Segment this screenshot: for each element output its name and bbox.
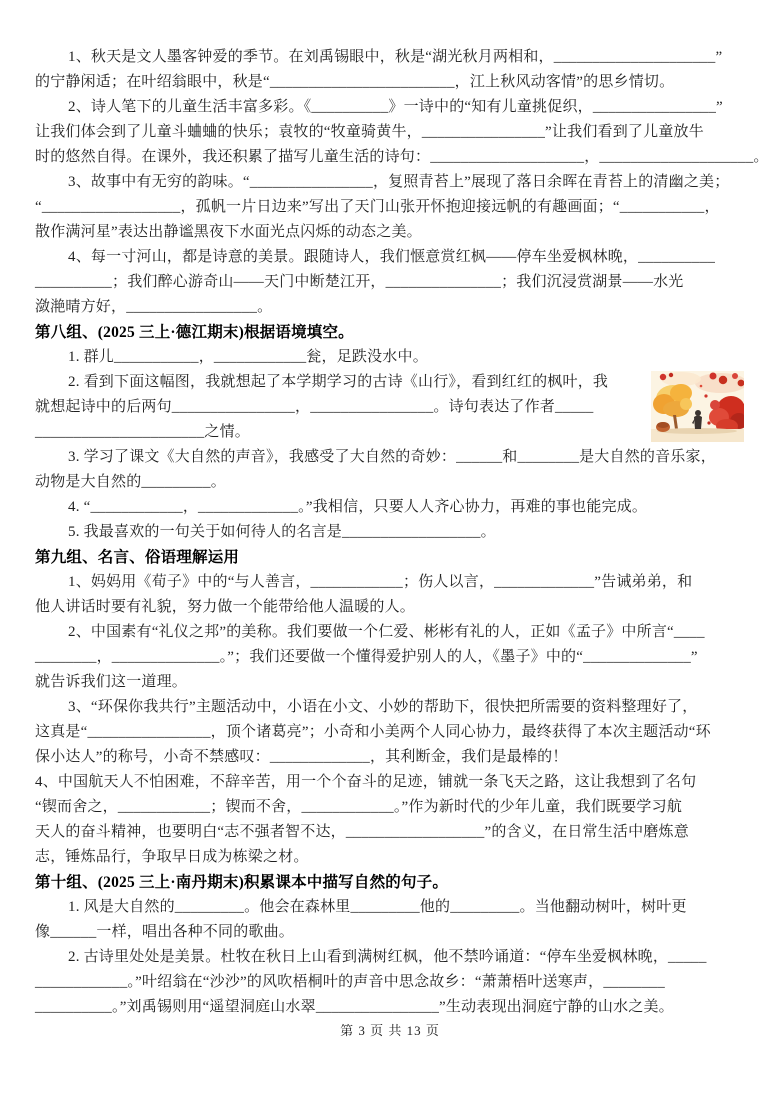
section-header-line: 第九组、名言、俗语理解运用 xyxy=(35,545,747,570)
text-line: 3. 学习了课文《大自然的声音》，我感受了大自然的奇妙：______和_____… xyxy=(35,445,747,470)
text-line: __________；我们醉心游奇山——天门中断楚江开，____________… xyxy=(35,270,747,295)
text-line: 他人讲话时要有礼貌，努力做一个能带给他人温暖的人。 xyxy=(35,595,747,620)
text-line: 2. 古诗里处处是美景。杜牧在秋日上山看到满树红枫，他不禁吟诵道：“停车坐爱枫林… xyxy=(35,945,747,970)
text-line: 时的悠然自得。在课外，我还积累了描写儿童生活的诗句：______________… xyxy=(35,145,747,170)
worksheet-page: 1、秋天是文人墨客钟爱的季节。在刘禹锡眼中，秋是“湖光秋月两相和，_______… xyxy=(0,0,780,1103)
text-line: 1、秋天是文人墨客钟爱的季节。在刘禹锡眼中，秋是“湖光秋月两相和，_______… xyxy=(35,45,747,70)
text-line: 2、中国素有“礼仪之邦”的美称。我们要做一个仁爱、彬彬有礼的人，正如《孟子》中所… xyxy=(35,620,747,645)
text-line: ______________________之情。 xyxy=(35,420,747,445)
section-header-line: 第八组、(2025 三上·德江期末)根据语境填空。 xyxy=(35,320,747,345)
text-line: 3、故事中有无穷的韵味。“________________，复照青苔上”展现了落… xyxy=(35,170,747,195)
worksheet-body: 1、秋天是文人墨客钟爱的季节。在刘禹锡眼中，秋是“湖光秋月两相和，_______… xyxy=(35,45,747,1020)
text-line: 潋滟晴方好，_________________。 xyxy=(35,295,747,320)
text-line: 志，锤炼品行，争取早日成为栋梁之材。 xyxy=(35,845,747,870)
text-line: 2. 看到下面这幅图，我就想起了本学期学习的古诗《山行》，看到红红的枫叶，我 xyxy=(35,370,747,395)
text-line: “__________________，孤帆一片日边来”写出了天门山张开怀抱迎接… xyxy=(35,195,747,220)
text-line: ________，______________。”；我们还要做一个懂得爱护别人的… xyxy=(35,645,747,670)
text-line: 1. 群儿___________，____________瓮，足跌没水中。 xyxy=(35,345,747,370)
text-line: 天人的奋斗精神，也要明白“志不强者智不达，__________________”… xyxy=(35,820,747,845)
text-line: 4. “____________，_____________。”我相信，只要人人… xyxy=(35,495,747,520)
text-line: 让我们体会到了儿童斗蛐蛐的快乐；袁牧的“牧童骑黄牛，______________… xyxy=(35,120,747,145)
text-line: 5. 我最喜欢的一句关于如何待人的名言是__________________。 xyxy=(35,520,747,545)
text-line: ____________。”叶绍翁在“沙沙”的风吹梧桐叶的声音中思念故乡：“萧萧… xyxy=(35,970,747,995)
text-line: __________。”刘禹锡则用“遥望洞庭山水翠_______________… xyxy=(35,995,747,1020)
autumn-scene-illustration xyxy=(651,371,744,442)
text-line: 2、诗人笔下的儿童生活丰富多彩。《__________》一诗中的“知有儿童挑促织… xyxy=(35,95,747,120)
text-line: 就想起诗中的后两句________________，______________… xyxy=(35,395,747,420)
text-line: 这真是“________________，顶个诸葛亮”；小奇和小美两个人同心协力… xyxy=(35,720,747,745)
text-line: 动物是大自然的_________。 xyxy=(35,470,747,495)
text-line: 4、每一寸河山，都是诗意的美景。跟随诗人，我们惬意赏红枫——停车坐爱枫林晚，__… xyxy=(35,245,747,270)
text-line: 3、“环保你我共行”主题活动中，小语在小文、小妙的帮助下，很快把所需要的资料整理… xyxy=(35,695,747,720)
text-line: 1. 风是大自然的_________。他会在森林里_________他的____… xyxy=(35,895,747,920)
text-line: 就告诉我们这一道理。 xyxy=(35,670,747,695)
page-number: 第 3 页 共 13 页 xyxy=(0,1020,780,1039)
text-line: 1、妈妈用《荀子》中的“与人善言，____________；伤人以言，_____… xyxy=(35,570,747,595)
text-line: 4、中国航天人不怕困难，不辞辛苦，用一个个奋斗的足迹，铺就一条飞天之路，这让我想… xyxy=(35,770,747,795)
text-line: 的宁静闲适；在叶绍翁眼中，秋是“________________________… xyxy=(35,70,747,95)
section-header-line: 第十组、(2025 三上·南丹期末)积累课本中描写自然的句子。 xyxy=(35,870,747,895)
text-line: “锲而舍之，____________；锲而不舍，____________。”作为… xyxy=(35,795,747,820)
text-line: 散作满河星”表达出静谧黑夜下水面光点闪烁的动态之美。 xyxy=(35,220,747,245)
text-line: 像______一样，唱出各种不同的歌曲。 xyxy=(35,920,747,945)
text-line: 保小达人”的称号，小奇不禁感叹：_____________，其利断金，我们是最棒… xyxy=(35,745,747,770)
